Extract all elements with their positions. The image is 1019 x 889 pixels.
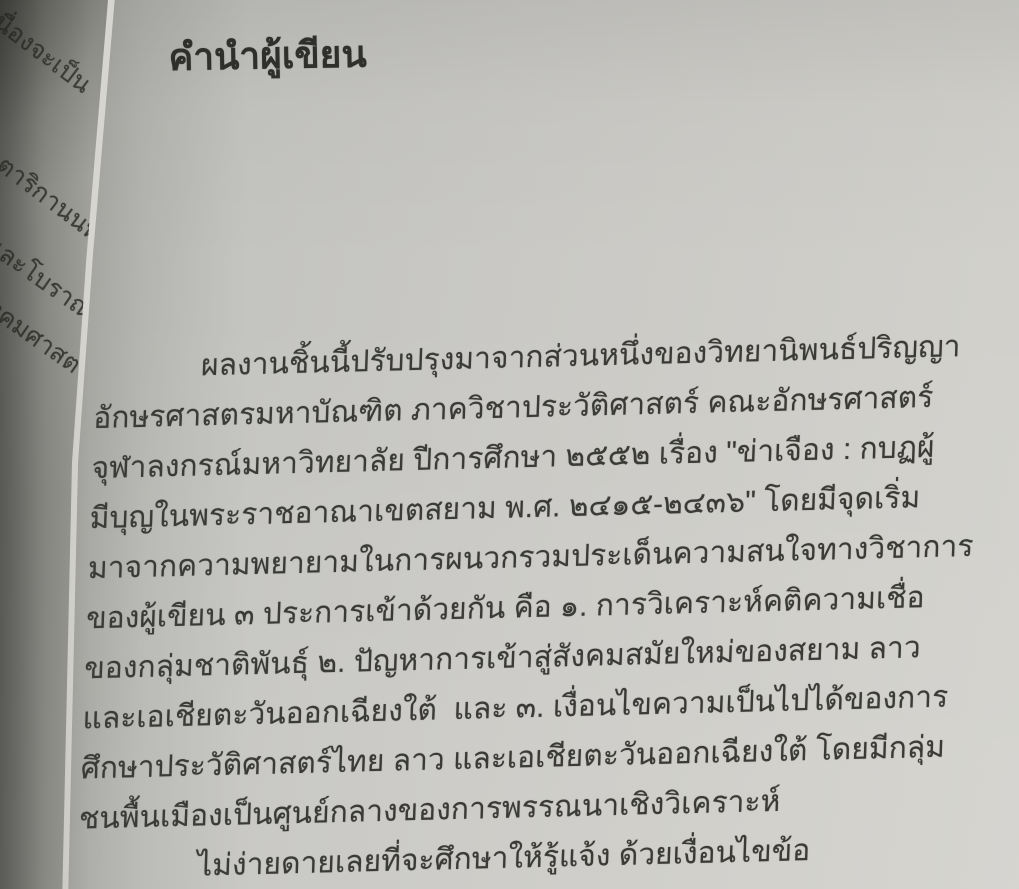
- book-page-photo: เนื่องจะเป็น ตาริกานนท์ และโบราณ งคมศาสต…: [0, 0, 1019, 889]
- left-page-text-fragment: เนื่องจะเป็น: [0, 0, 100, 104]
- preface-heading: คำนำผู้เขียน: [168, 25, 367, 87]
- preface-paragraph: ผลงานชิ้นนี้ปรับปรุงมาจากส่วนหนึ่งของวิท…: [76, 323, 935, 889]
